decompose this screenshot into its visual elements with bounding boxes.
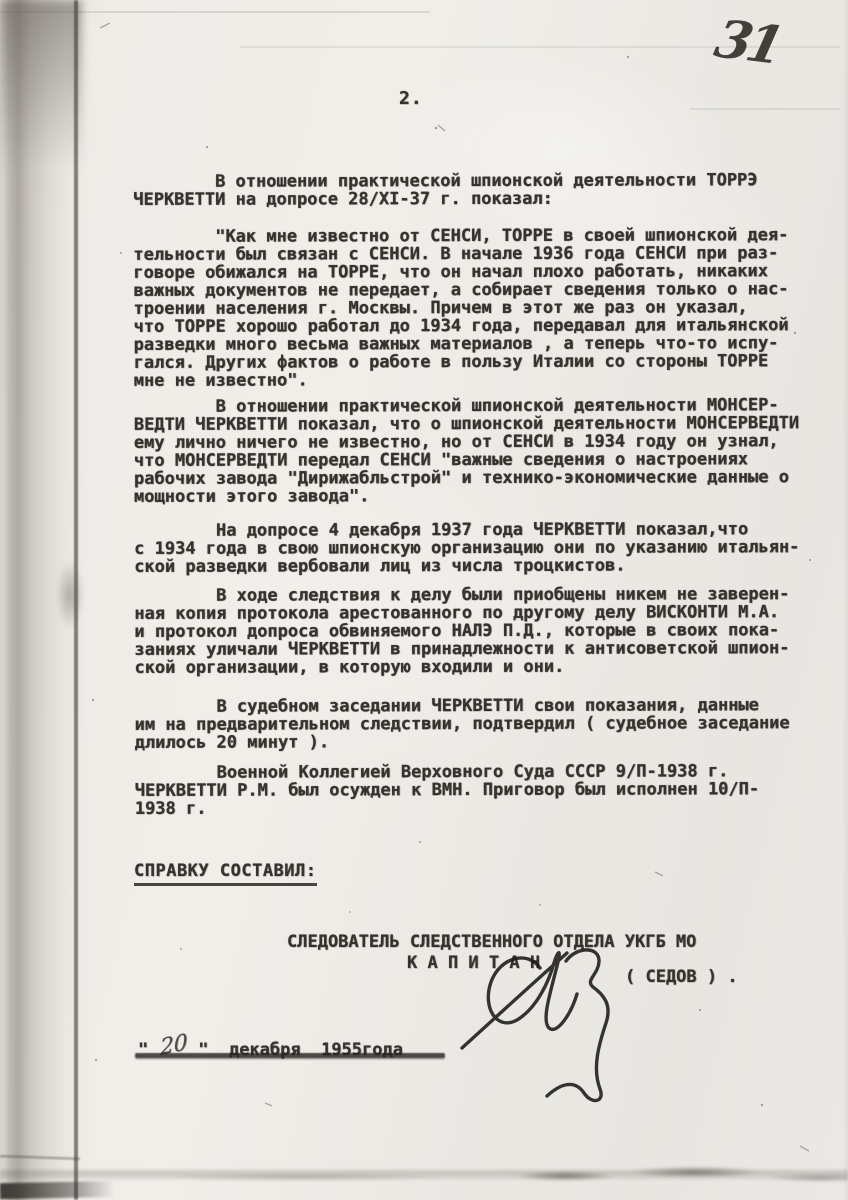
officer-title-line: СЛЕДОВАТЕЛЬ СЛЕДСТВЕННОГО ОТДЕЛА УКГБ МО	[287, 932, 696, 952]
paragraph-case-materials: В ходе следствия к делу были приобщены н…	[134, 585, 834, 677]
paragraph-torre-quote: "Как мне известно от СЕНСИ, ТОРРЕ в свое…	[133, 226, 833, 390]
scratch-mark	[0, 11, 430, 13]
prepared-by-heading: СПРАВКУ СОСТАВИЛ:	[134, 861, 317, 886]
typed-page-number: 2.	[399, 88, 423, 109]
paragraph-torre-intro: В отношении практической шпионской деяте…	[133, 171, 833, 209]
paragraph-verdict: Военной Коллегией Верховного Суда СССР 9…	[135, 762, 835, 818]
handwritten-page-index: 31	[709, 9, 785, 76]
officer-name-line: ( СЕДОВ ) .	[625, 967, 738, 987]
scanned-document-page: 31 2. В отношении практической шпионской…	[0, 0, 848, 1200]
scratch-mark	[690, 108, 840, 110]
officer-rank-line: К А П И Т А Н	[407, 953, 540, 973]
paragraph-interrogation-dec4: На допросе 4 декабря 1937 года ЧЕРКВЕТТИ…	[134, 520, 834, 576]
crease-smudge	[56, 560, 84, 630]
bottom-left-shadow	[0, 1181, 115, 1199]
date-underline	[135, 1053, 445, 1058]
paragraph-monservedti: В отношении практической шпионской деяте…	[134, 396, 834, 506]
paragraph-court-session: В судебном заседании ЧЕРКВЕТТИ свои пока…	[135, 696, 835, 752]
document-body: В отношении практической шпионской деяте…	[133, 171, 835, 818]
bottom-fold-crease	[0, 1150, 848, 1200]
